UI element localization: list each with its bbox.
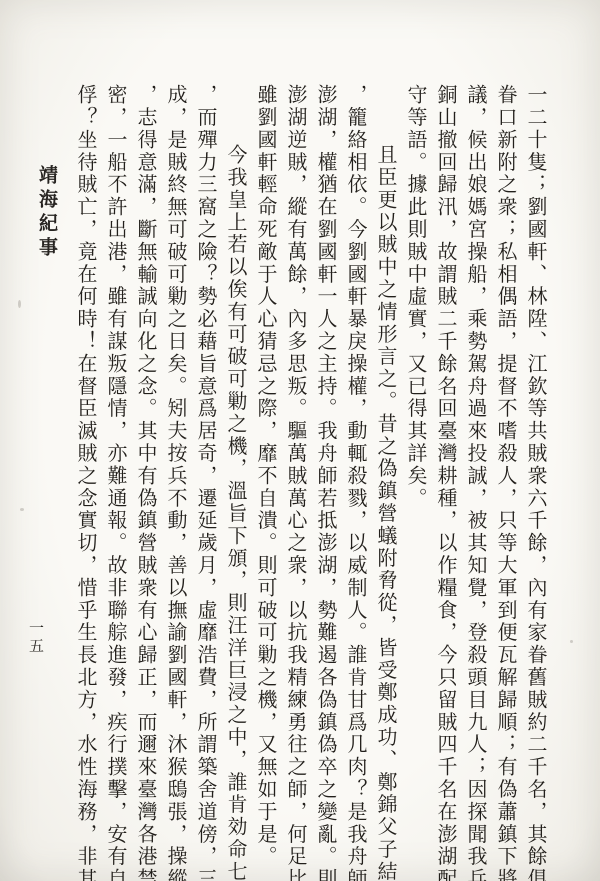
text-column: 成，是賊終無可破可勦之日矣。矧夫按兵不動，善以撫諭劉國軒，沐猴鴟張，操縱自如 (160, 84, 190, 848)
text-column: 澎湖逆賊，縱有萬餘，內多思叛。驅萬賊萬心之衆，以抗我精練勇往之師，何足比數？ (280, 84, 310, 848)
text-column: 今我皇上若以俟有可破可勦之機，溫旨下頒，則汪洋巨浸之中，誰肯効命七尺之軀 (220, 84, 250, 848)
text-column: 議，候出娘媽宮操船，乘勢駕舟過來投誠，被其知覺，登殺頭目九人；因探聞我兵船自 (460, 84, 490, 848)
text-column: 俘？坐待賊亡，竟在何時！在督臣滅賊之念實切，惜乎生長北方，水性海務，非其所長 (70, 84, 100, 848)
scan-speck (20, 508, 24, 511)
text-column: ，志得意滿，斷無輸誠向化之念。其中有偽鎮營賊衆有心歸正，而邇來臺灣各港禁錮嚴 (130, 84, 160, 848)
text-column: 眷口新附之衆；私相偶語，提督不嗜殺人，只等大軍到便瓦解歸順；有偽蕭鎮下將領謀 (490, 84, 520, 848)
text-column: 且臣更以賊中之情形言之。昔之偽鎮營蟻附脅從，皆受鄭成功、鄭錦父子結恩舊人 (370, 84, 400, 848)
scanned-page: 一二十隻；劉國軒、林陞、江欽等共賊衆六千餘，內有家眷舊賊約二千名，其餘俱係無眷口… (0, 0, 600, 881)
text-column: 密，一船不許出港，雖有謀叛隱情，亦難通報。故非聯䑸進發，疾行撲擊，安有自甘獻 (100, 84, 130, 848)
text-column: 守等語。據此則賊中虛實，又已得其詳矣。 (400, 84, 430, 848)
text-column: 銅山撤回歸汛，故謂賊二千餘名回臺灣耕種，以作糧食，今只留賊四千名在澎湖配船防 (430, 84, 460, 848)
scan-speck (18, 300, 21, 308)
text-column: ，而殫力三窩之險？勢必藉旨意爲居奇，遷延歲月，虛靡浩費，所謂築舍道傍，三年不 (190, 84, 220, 848)
text-column: 雖劉國軒輕命死敵于人心猜忌之際，靡不自潰。則可破可勦之機，又無如于是。 (250, 84, 280, 848)
text-column: 澎湖，權猶在劉國軒一人之主持。我舟師若抵澎湖，勢難遏各偽鎮偽卒之變亂。則踞守 (310, 84, 340, 848)
scan-speck (570, 640, 573, 643)
book-margin-title: 靖海紀事 (33, 165, 60, 261)
text-block: 一二十隻；劉國軒、林陞、江欽等共賊衆六千餘，內有家眷舊賊約二千名，其餘俱係無眷口… (70, 84, 550, 848)
text-column: ，籠絡相依。今劉國軒暴戾操權，動輒殺戮，以威制人。誰肯甘爲几肉？是我舟師未到 (340, 84, 370, 848)
text-column: 一二十隻；劉國軒、林陞、江欽等共賊衆六千餘，內有家眷舊賊約二千名，其餘俱係無 (520, 84, 550, 848)
page-number: 一五 (25, 620, 46, 656)
